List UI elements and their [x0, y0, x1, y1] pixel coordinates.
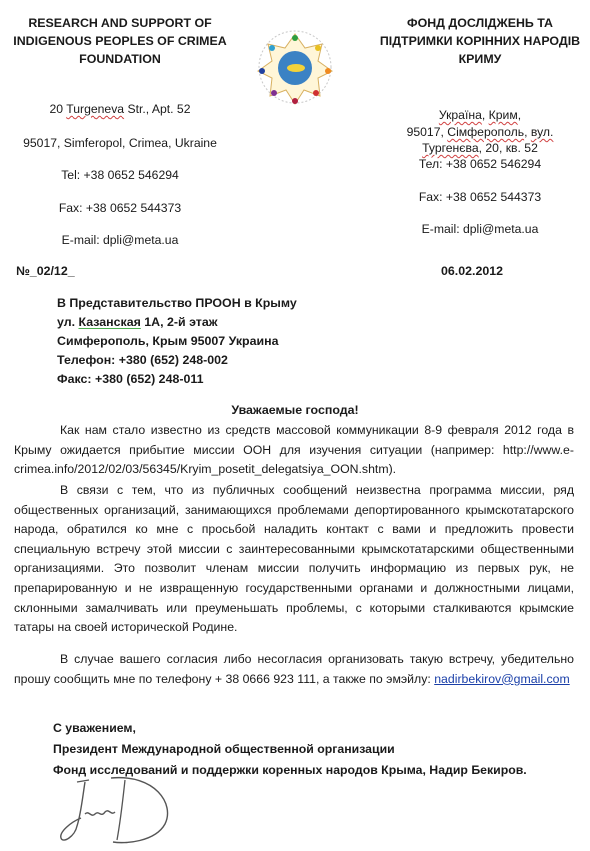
address-text: 95017, [407, 125, 448, 139]
fax-line: Fax: +38 0652 544373 [0, 201, 240, 215]
org-name-line: INDIGENOUS PEOPLES OF CRIMEA [0, 32, 240, 50]
org-name-line: ПІДТРИМКИ КОРІННИХ НАРОДІВ [370, 32, 590, 50]
recipient-text: Казанская [78, 315, 140, 329]
address-text: Крим [489, 108, 518, 122]
address-line: Тургенєва, 20, кв. 52 [370, 141, 590, 155]
address-text: Сімферополь [447, 125, 524, 139]
handwritten-signature-icon [55, 774, 185, 846]
email-link[interactable]: nadirbekirov@gmail.com [434, 672, 570, 686]
org-name-line: ФОНД ДОСЛІДЖЕНЬ ТА [370, 14, 590, 32]
org-name-line: КРИМУ [370, 50, 590, 68]
recipient-block: В Представительство ПРООН в Крыму ул. Ка… [57, 294, 297, 389]
recipient-text: 1А, 2-й этаж [141, 315, 218, 329]
address-text: 20 [50, 102, 67, 116]
recipient-line: Факс: +380 (652) 248-011 [57, 370, 297, 389]
closing-block: С уважением, Президент Международной общ… [53, 718, 527, 781]
address-text: , [524, 125, 531, 139]
address-text: Str., Apt. 52 [124, 102, 190, 116]
address-text: , [518, 108, 521, 122]
recipient-line: ул. Казанская 1А, 2-й этаж [57, 313, 297, 332]
paragraph-text: В связи с тем, что из публичных сообщени… [14, 483, 574, 634]
address-line: 95017, Simferopol, Crimea, Ukraine [0, 136, 240, 150]
org-name-ukrainian: ФОНД ДОСЛІДЖЕНЬ ТА ПІДТРИМКИ КОРІННИХ НА… [370, 14, 590, 68]
address-text: вул. [531, 125, 554, 139]
document-number: №_02/12_ [16, 264, 75, 278]
recipient-text: ул. [57, 315, 78, 329]
document-date: 06.02.2012 [441, 264, 503, 278]
body-paragraph-2: В связи с тем, что из публичных сообщени… [14, 481, 574, 638]
address-line: Україна, Крим, [370, 108, 590, 122]
address-text: , [482, 108, 489, 122]
phone-line: Тел: +38 0652 546294 [370, 157, 590, 171]
closing-line: С уважением, [53, 718, 527, 739]
address-text: Turgeneva [66, 102, 124, 116]
org-name-english: RESEARCH AND SUPPORT OF INDIGENOUS PEOPL… [0, 14, 240, 68]
email-line: E-mail: dpli@meta.ua [370, 222, 590, 236]
foundation-logo-icon [252, 26, 338, 108]
body-paragraph-1: Как нам стало известно из средств массов… [14, 421, 574, 480]
org-name-line: RESEARCH AND SUPPORT OF [0, 14, 240, 32]
phone-line: Tel: +38 0652 546294 [0, 168, 240, 182]
address-line: 20 Turgeneva Str., Apt. 52 [0, 102, 240, 116]
salutation: Уважаемые господа! [0, 403, 590, 417]
recipient-line: Симферополь, Крым 95007 Украина [57, 332, 297, 351]
email-line: E-mail: dpli@meta.ua [0, 233, 240, 247]
address-text: Тургенєва [422, 141, 479, 155]
org-name-line: FOUNDATION [0, 50, 240, 68]
address-text: Україна [439, 108, 482, 122]
org-name-text: ФОНД ДОСЛІДЖЕНЬ ТА [407, 16, 553, 30]
recipient-line: Телефон: +380 (652) 248-002 [57, 351, 297, 370]
address-line: 95017, Сімферополь, вул. [370, 125, 590, 139]
fax-line: Fax: +38 0652 544373 [370, 190, 590, 204]
body-paragraph-3: В случае вашего согласия либо несогласия… [14, 650, 574, 689]
recipient-line: В Представительство ПРООН в Крыму [57, 294, 297, 313]
closing-line: Президент Международной общественной орг… [53, 739, 527, 760]
address-text: , 20, кв. 52 [479, 141, 538, 155]
paragraph-text: Как нам стало известно из средств массов… [14, 423, 574, 476]
